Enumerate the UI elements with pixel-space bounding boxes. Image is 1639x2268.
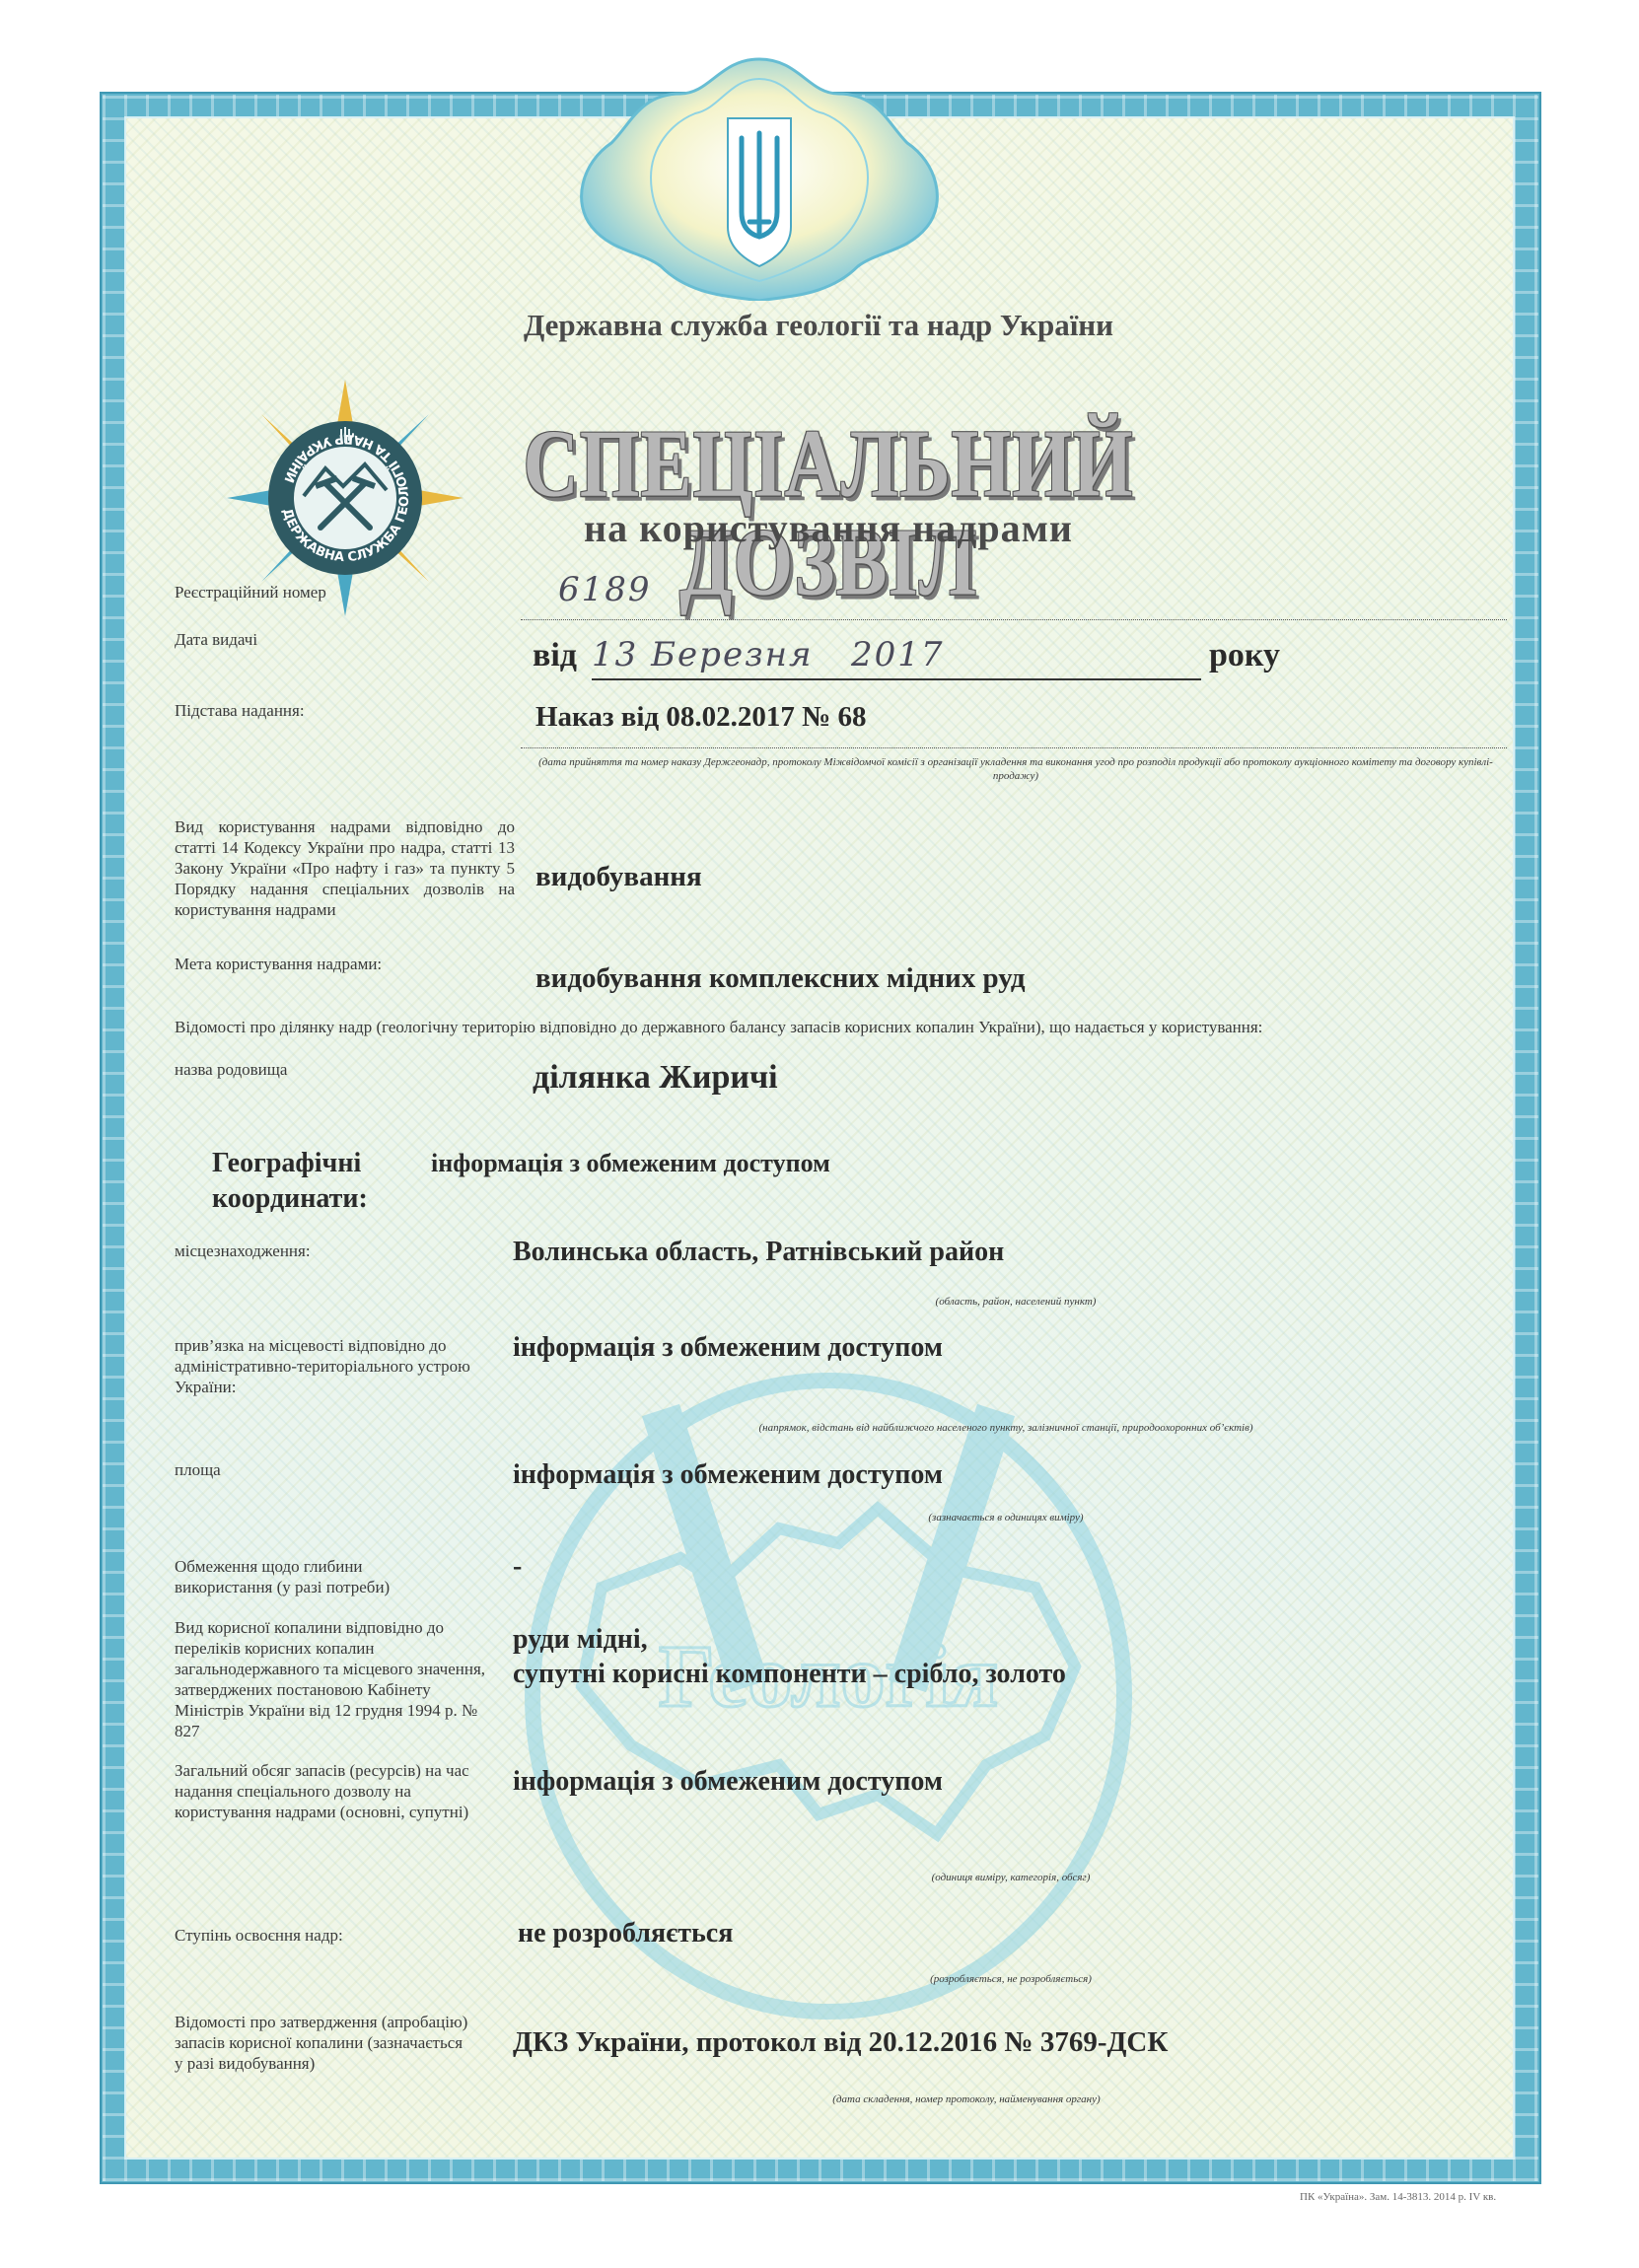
- mineral-type-label: Вид корисної копалини відповідно до пере…: [175, 1617, 490, 1741]
- reserves-value: інформація з обмеженим доступом: [513, 1765, 943, 1799]
- basis-label: Підстава надання:: [175, 700, 305, 721]
- development-value: не розробляється: [518, 1917, 733, 1950]
- use-type-label: Вид користування надрами відповідно до с…: [175, 816, 515, 920]
- registration-number-line: [521, 619, 1507, 620]
- document-subtitle: на користування надрами: [434, 505, 1223, 551]
- registration-number-value: 6189: [558, 570, 652, 609]
- purpose-value: видобування комплексних мідних руд: [535, 961, 1026, 995]
- site-info-heading: Відомості про ділянку надр (геологічну т…: [175, 1017, 1496, 1037]
- reserves-note: (одиниця виміру, категорія, обсяг): [902, 1871, 1119, 1884]
- binding-label: прив’язка на місцевості відповідно до ад…: [175, 1335, 490, 1397]
- issuer-name: Державна служба геології та надр України: [375, 308, 1262, 343]
- binding-note: (напрямок, відстань від найближчого насе…: [690, 1421, 1321, 1435]
- issue-date-prefix: від: [533, 639, 577, 673]
- location-label: місцезнаходження:: [175, 1240, 311, 1261]
- development-note: (розробляється, не розробляється): [897, 1972, 1124, 1986]
- issue-date-value: 13 Березня 2017: [592, 635, 944, 674]
- coordinates-value: інформація з обмеженим доступом: [431, 1147, 830, 1180]
- approval-label: Відомості про затвердження (апробацію) з…: [175, 2012, 470, 2074]
- coordinates-label-line2: координати:: [212, 1182, 368, 1216]
- deposit-name-label: назва родовища: [175, 1059, 287, 1080]
- basis-value: Наказ від 08.02.2017 № 68: [535, 700, 867, 734]
- depth-limit-value: -: [513, 1550, 522, 1584]
- issue-date-suffix: року: [1209, 639, 1280, 673]
- geology-service-emblem-icon: ДЕРЖАВНА СЛУЖБА ГЕОЛОГІЇ ТА НАДР УКРАЇНИ: [227, 380, 463, 616]
- coordinates-label-line1: Географічні: [212, 1147, 361, 1180]
- area-note: (зазначається в одиницях виміру): [897, 1511, 1114, 1524]
- deposit-name-value: ділянка Жиричі: [533, 1061, 778, 1095]
- area-value: інформація з обмеженим доступом: [513, 1458, 943, 1492]
- mineral-type-value-line2: супутні корисні компоненти – срібло, зол…: [513, 1658, 1066, 1691]
- basis-line: [521, 747, 1507, 748]
- purpose-label: Мета користування надрами:: [175, 954, 382, 974]
- use-type-value: видобування: [535, 860, 702, 893]
- issue-date-label: Дата видачі: [175, 629, 257, 650]
- basis-note: (дата прийняття та номер наказу Держгеон…: [533, 755, 1499, 783]
- trident-coat-of-arms-icon: [552, 54, 966, 301]
- area-label: площа: [175, 1459, 221, 1480]
- location-note: (область, район, населений пункт): [888, 1295, 1144, 1309]
- issue-date-line: [592, 678, 1201, 680]
- binding-value: інформація з обмеженим доступом: [513, 1331, 943, 1365]
- location-value: Волинська область, Ратнівський район: [513, 1236, 1004, 1269]
- print-footer: ПК «Україна». Зам. 14-3813. 2014 р. IV к…: [1300, 2191, 1496, 2203]
- registration-number-label: Реєстраційний номер: [175, 582, 326, 602]
- mineral-type-value-line1: руди мідні,: [513, 1623, 648, 1657]
- reserves-label: Загальний обсяг запасів (ресурсів) на ча…: [175, 1760, 490, 1822]
- depth-limit-label: Обмеження щодо глибини використання (у р…: [175, 1556, 411, 1597]
- development-label: Ступінь освоєння надр:: [175, 1925, 343, 1946]
- approval-note: (дата складення, номер протоколу, наймен…: [828, 2092, 1105, 2106]
- approval-value: ДКЗ України, протокол від 20.12.2016 № 3…: [513, 2025, 1168, 2059]
